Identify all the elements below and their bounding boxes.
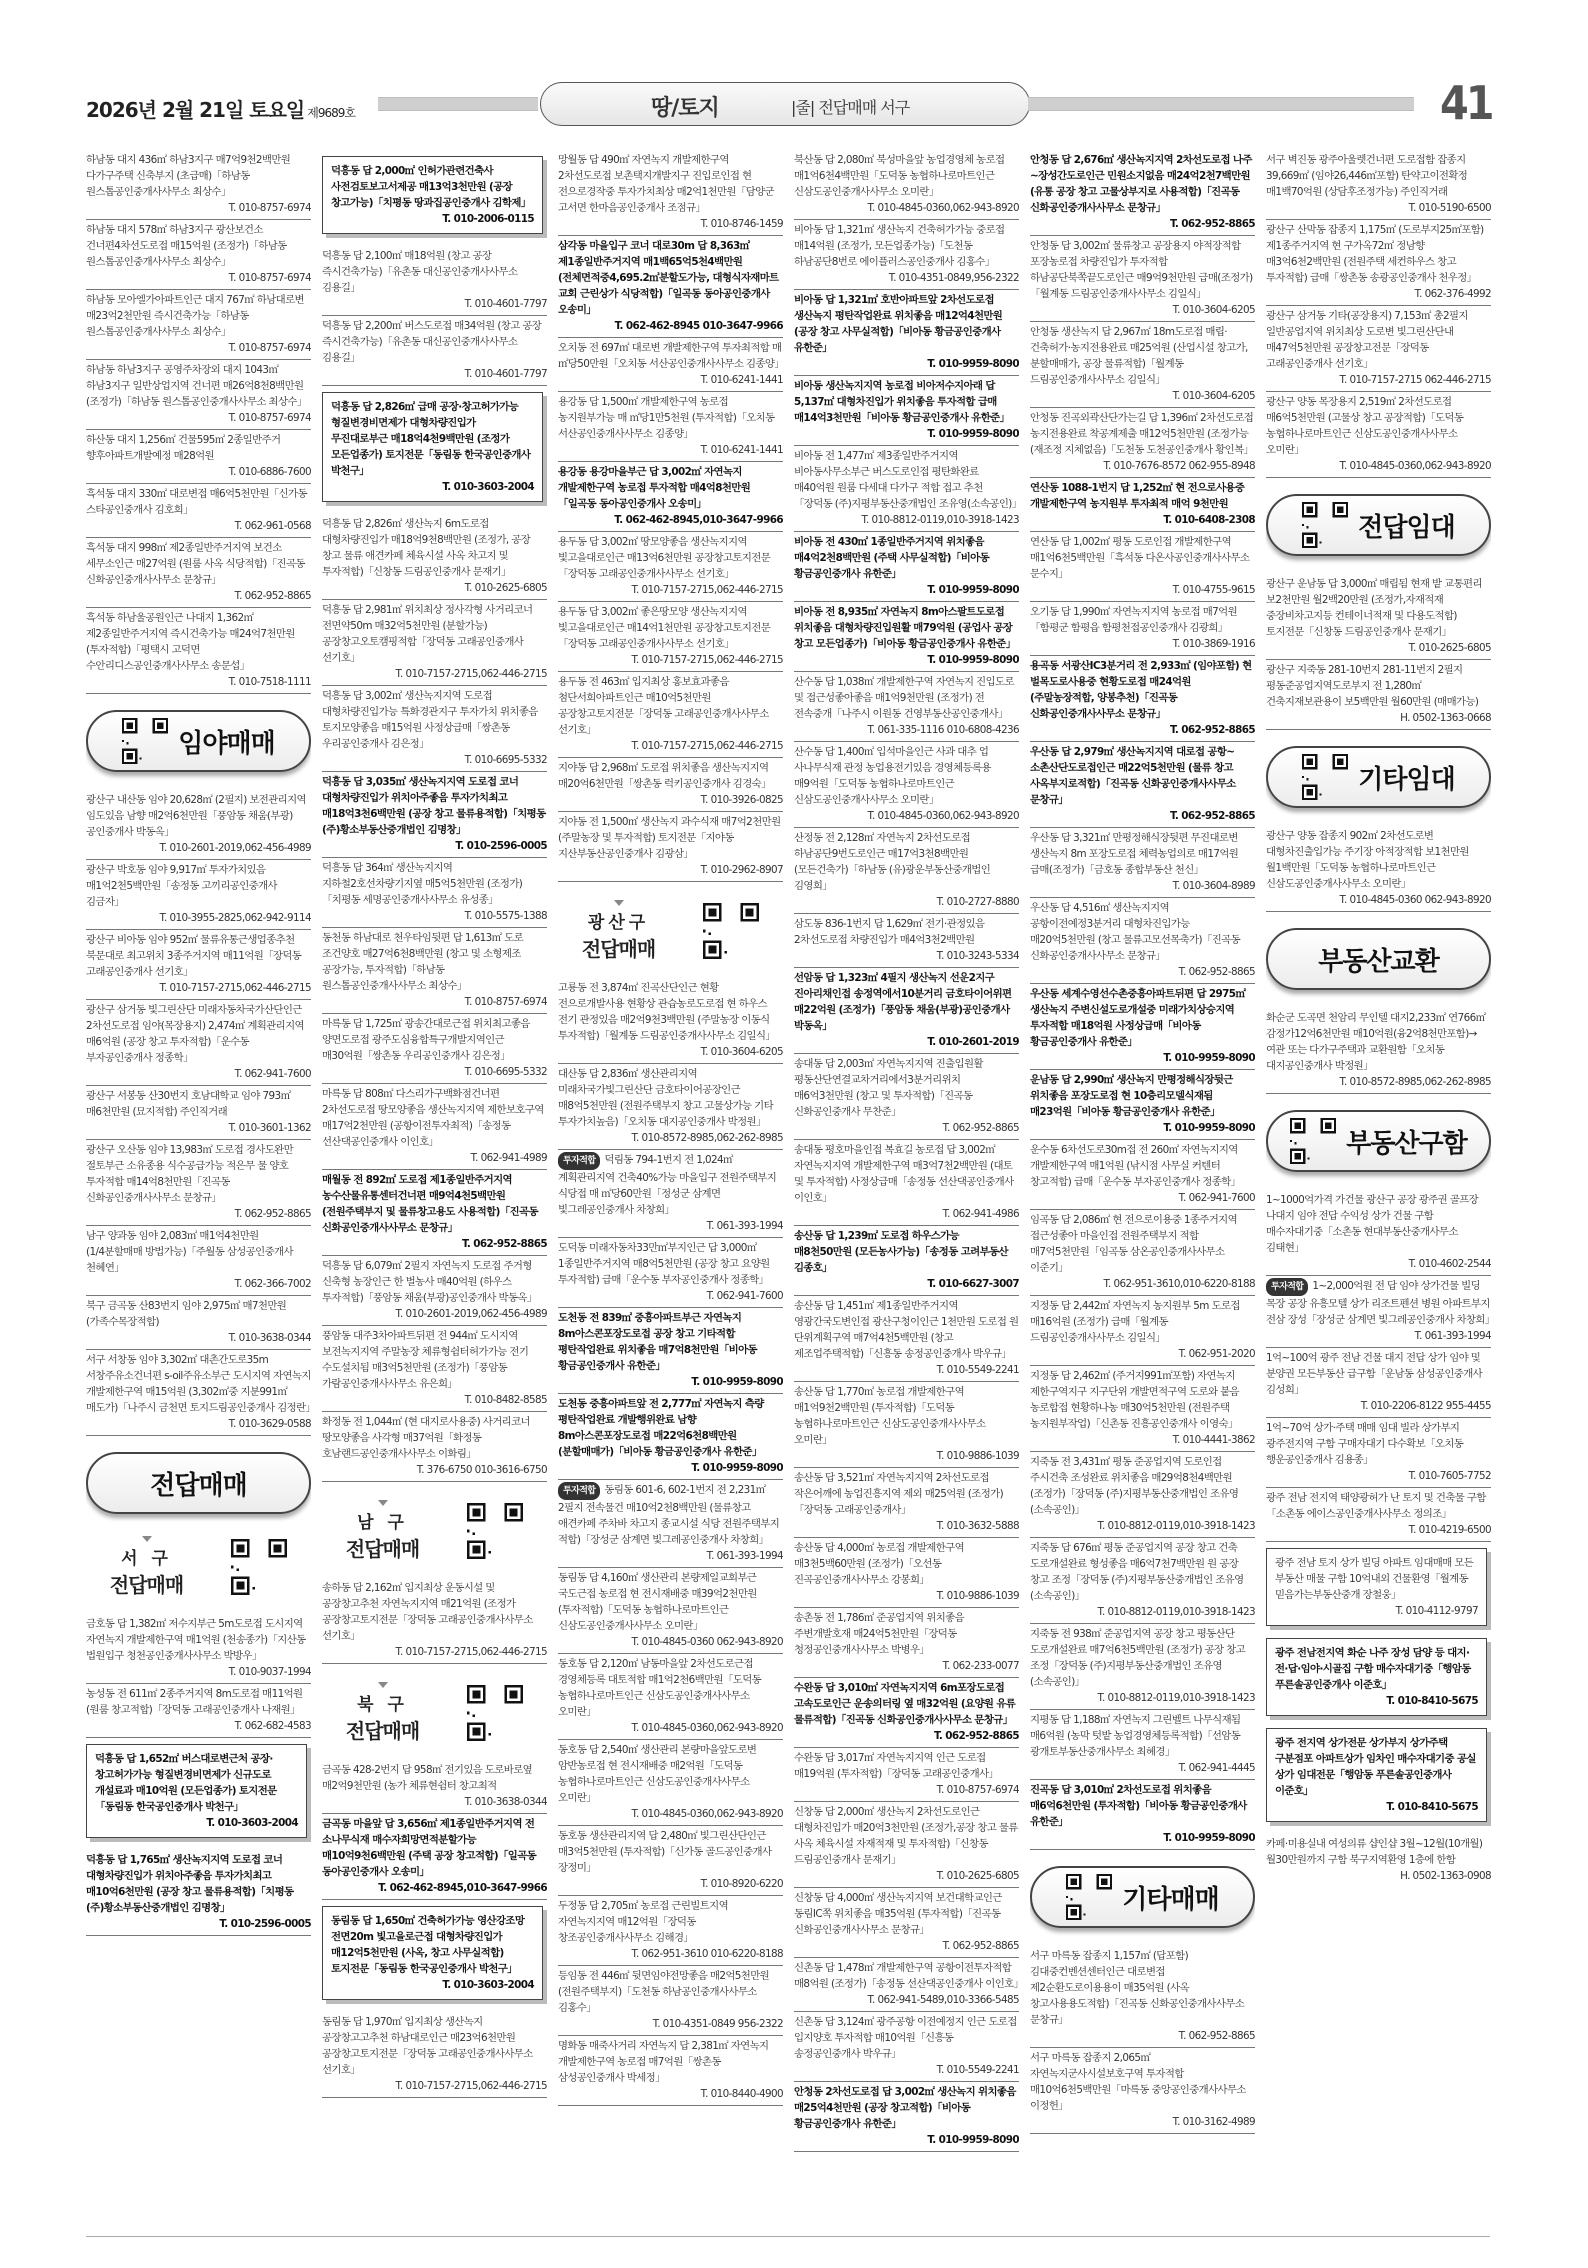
district-name: 남 구 — [346, 1508, 419, 1533]
qr-code-icon — [703, 903, 759, 959]
ad-phone: T. 010-4845-0360,062-943-8920 — [558, 1806, 783, 1822]
classified-ad: 산수동 답 1,400㎡ 입석마을인근 사과 대추 업 사나무식재 관정 농업용… — [794, 742, 1019, 828]
ad-text: 1억~100억 광주 전남 건물 대지 전답 상가 임야 및 분양권 모든부동산… — [1266, 1352, 1482, 1396]
ad-text: 용두동 전 463㎡ 입지최상 홍보효과좋음 첨단서희아파트인근 매10억5천만… — [558, 676, 769, 736]
ad-phone: T. 062-952-8865 — [1030, 964, 1255, 980]
category-label: 기타임대 — [1358, 759, 1454, 796]
classified-ad: 송산동 답 1,239㎡ 도로접 하우스가능 매8천50만원 (모든농사가능)「… — [794, 1226, 1019, 1296]
ad-phone: T. 010-9959-8090 — [794, 2132, 1019, 2148]
date-text: 2026년 2월 21일 토요일 — [86, 98, 304, 122]
ad-phone: T. 010-9959-8090 — [794, 426, 1019, 442]
ad-phone: T. 010-8757-6974 — [794, 1782, 1019, 1798]
ad-phone: T. 062-462-8945,010-3647-9966 — [322, 1880, 547, 1896]
classified-ad: 송하동 답 2,162㎡ 입지최상 운동시설 및 공장창고추천 자연녹지지역 매… — [322, 1578, 547, 1664]
ad-text: 광산구 삼거동 기타(공장용지) 7,153㎡ 총2필지 일반공업지역 위치최상… — [1266, 310, 1468, 370]
classified-ad: 동림동 답 1,650㎡ 건축허가가능 영산강조망 전면20m 빛고을로근접 대… — [322, 1906, 543, 2000]
district-category: 전답매매 — [582, 933, 655, 962]
column-2: 덕흥동 답 2,000㎡ 인허가관련건축사 사전검토보고서제공 매13억3천만원… — [322, 150, 547, 2230]
classified-ad: 비아동 답 1,321㎡ 호반아파트앞 2차선도로접 생산녹지 평탄작업완료 위… — [794, 290, 1019, 376]
ad-phone: T. 010-8757-6974 — [86, 270, 311, 286]
district-category: 전답매매 — [346, 1533, 419, 1562]
ad-text: 명화동 매죽사거리 자연녹지 답 2,381㎡ 자연녹지 개발제한구역 농로접 … — [558, 2040, 769, 2084]
ad-phone: T. 010-3604-8989 — [1030, 878, 1255, 894]
footer-rule — [86, 2236, 1490, 2237]
classified-ad: 안청동 답 3,002㎡ 물류창고 공장용지 야적장적합 포장농로접 차량진입가… — [1030, 236, 1255, 322]
category-banner: 전답임대 — [1266, 494, 1491, 556]
ad-text: 송산동 답 1,451㎡ 제1종일반주거지역 영광간국도변인접 광산구청이인근 … — [794, 1300, 1018, 1360]
ad-text: 용두동 답 3,002㎡ 땅모양좋음 생산녹지지역 빛고을대로인근 매13억6천… — [558, 536, 770, 580]
page-header: 2026년 2월 21일 토요일제9689호 땅/토지 |줄| 전답매매 서구 … — [0, 80, 1588, 130]
classified-ad: 투자적합동림동 601-6, 602-1번지 전 2,231㎡ 2필지 전속물건… — [558, 1480, 783, 1568]
ad-text: 광주 전남 토지 상가 빌딩 아파트 임대매매 모든 부동산 매물 구함 10억… — [1275, 1557, 1473, 1601]
classified-ad: 송촌동 전 1,786㎡ 준공업지역 위치좋음 주변개발호재 매24억5천만원「… — [794, 1608, 1019, 1678]
ad-text: 덕흥동 답 2,826㎡ 생산녹지 6m도로접 대형차량진입가 매18억9천8백… — [322, 518, 530, 578]
category-label: 기타매매 — [1122, 1879, 1218, 1916]
classified-ad: 흑석동 대지 998㎡ 제2종일반주거지역 보건소 세무소인근 매27억원 (원… — [86, 538, 311, 608]
section-title: 땅/토지 — [651, 91, 719, 122]
ad-phone: T. 010-8410-5675 — [1275, 1799, 1478, 1815]
classified-ad: 광산구 오산동 임야 13,983㎡ 도로접 경사도완만 절토부근 소유종용 식… — [86, 1140, 311, 1226]
classified-ad: 금곡동 428-2번지 답 958㎡ 전기있음 도로바로옆 매2억9천만원 (농… — [322, 1760, 547, 1814]
classified-ad: 서구 마륵동 잡종지 1,157㎡ (답포함) 김대중컨벤션센터인근 대로변접 … — [1030, 1946, 1255, 2048]
ad-text: 고룡동 전 3,874㎡ 진곡산단인근 현황 전으로개발사용 현황상 관습농로도… — [558, 982, 775, 1042]
ad-phone: T. 010-6695-5332 — [322, 1064, 547, 1080]
ad-phone: T. 010-8757-6974 — [322, 994, 547, 1010]
classified-ad: 송대동 답 2,003㎡ 자연녹지지역 진출입원활 평동산단연결교차거리에서3분… — [794, 1054, 1019, 1140]
ad-text: 송촌동 전 1,786㎡ 준공업지역 위치좋음 주변개발호재 매24억5천만원「… — [794, 1612, 964, 1656]
classified-ad: 덕흥동 답 2,981㎡ 위치최상 정사각형 사거리코너 전면약50m 매32억… — [322, 600, 547, 686]
ad-text: 비아동 전 8,935㎡ 자연녹지 8m아스팔트도로접 위치좋음 대형차량진입원… — [794, 606, 1016, 650]
ad-phone: T. 010-2625-6805 — [1266, 640, 1491, 656]
classified-ad: 덕흥동 답 2,826㎡ 생산녹지 6m도로접 대형차량진입가 매18억9천8백… — [322, 514, 547, 600]
classified-ad: 서구 벽진동 광주아울렛건너편 도로접함 잡종지 39,669㎡ (임야26,4… — [1266, 150, 1491, 220]
ad-text: 마륵동 답 1,725㎡ 광송간대로근접 위치최고좋음 양면도로접 광주도심융합… — [322, 1018, 530, 1062]
classified-ad: 지평동 답 1,188㎡ 자연녹지 그린벨트 나무식재됨 매6억원 (농막 텃밭… — [1030, 1710, 1255, 1780]
ad-text: 금호동 답 1,382㎡ 저수지부근 5m도로접 도시지역 자연녹지 개발제한구… — [86, 1618, 306, 1662]
classified-ad: 송산동 답 3,521㎡ 자연녹지지역 2차선도로접 작은어깨에 농업진흥지역 … — [794, 1468, 1019, 1538]
ad-text: 동천동 하남대로 천우타임뒷편 답 1,613㎡ 도로 조건양호 매27억6천8… — [322, 932, 523, 992]
classified-ad: 덕흥동 답 3,002㎡ 생산녹지지역 도로접 대형차량진입가능 특화경관지구 … — [322, 686, 547, 772]
ad-phone: T. 010-3162-4989 — [1030, 2114, 1255, 2130]
ad-text: 산정동 전 2,128㎡ 자연녹지 2차선도로접 하남공단9번도로인근 매17억… — [794, 832, 990, 892]
ad-phone: T. 010-9959-8090 — [794, 652, 1019, 668]
ad-phone: T. 062-941-4986 — [794, 1206, 1019, 1222]
triangle-down-icon — [614, 900, 624, 906]
ad-text: 도덕동 미래자동차33만㎡부지인근 답 3,000㎡ 1종일반주거지역 매8억5… — [558, 1242, 770, 1286]
ad-phone: T. 010-6695-5332 — [322, 752, 547, 768]
classified-ad: 비아동 답 1,321㎡ 생산녹지 건축허가가능 중로접 매14억원 (조정가,… — [794, 220, 1019, 290]
ad-text: 광산구 내산동 임야 20,628㎡ (2필지) 보전관리지역 임도있음 남향 … — [86, 794, 306, 838]
classified-ad: 광산구 지죽동 281-10번지 281-11번지 2필지 평동준공업지역도로부… — [1266, 660, 1491, 730]
ad-text: 광산구 비아동 임야 952㎡ 물류유통근생업종추천 북문대로 최고위치 3종주… — [86, 934, 301, 978]
classified-ad: 송대동 평호마을인접 복효길 농로접 답 3,002㎡ 자연녹지지역 개발제한구… — [794, 1140, 1019, 1226]
ad-text: 지평동 답 1,188㎡ 자연녹지 그린벨트 나무식재됨 매6억원 (농막 텃밭… — [1030, 1714, 1241, 1758]
classified-ad: 덕흥동 답 1,765㎡ 생산녹지지역 도로접 코너 대형차량진입가 위치아주좋… — [86, 1850, 311, 1936]
category-label: 부동산교환 — [1318, 941, 1439, 978]
ad-text: 안청동 2차선도로접 답 3,002㎡ 생산녹지 위치좋음 매25억4천만원 (… — [794, 2086, 1016, 2130]
classified-ad: 명화동 매죽사거리 자연녹지 답 2,381㎡ 자연녹지 개발제한구역 농로접 … — [558, 2036, 783, 2106]
district-name: 북 구 — [346, 1690, 419, 1715]
classified-ad: 삼각동 마을입구 코너 대로30m 답 8,363㎡ 제1종일반주거지역 매1백… — [558, 236, 783, 338]
ad-text: 북산동 답 2,080㎡ 북성마을앞 농업경영체 농로접 매1억6천4백만원「도… — [794, 154, 1005, 198]
classified-ad: 연산동 답 1,002㎡ 평동 도로인접 개발제한구역 매1억6천5백만원「흑석… — [1030, 532, 1255, 602]
ad-phone: H. 0502-1363-0908 — [1266, 1868, 1491, 1884]
district-title: 남 구전답매매 — [346, 1500, 419, 1562]
district-heading: 북 구전답매매 — [322, 1678, 547, 1748]
ad-text: 용강동 답 1,500㎡ 개발제한구역 농로접 농지원부가능 매 ㎡당1만5천원… — [558, 396, 775, 440]
ad-phone: T. 010-9959-8090 — [558, 1460, 783, 1476]
ad-phone: T. 061-335-1116 010-6808-4236 — [794, 722, 1019, 738]
ad-phone: T. 010-2006-0115 — [331, 211, 534, 227]
ad-text: 송대동 평호마을인접 복효길 농로접 답 3,002㎡ 자연녹지지역 개발제한구… — [794, 1144, 1014, 1204]
classified-ad: 오기동 답 1,990㎡ 자연녹지지역 농로접 매7억원「함평군 함평읍 함평천… — [1030, 602, 1255, 656]
classified-ad: 등임동 전 446㎡ 뒷면임야전망좋음 매2억5천만원 (전원주택부지)「도천동… — [558, 1966, 783, 2036]
ad-text: 지죽동 전 3,431㎡ 평동 준공업지역 도로인접 주시건축 조성완료 위치좋… — [1030, 1456, 1238, 1516]
classified-ad: 망월동 답 490㎡ 자연녹지 개발제한구역 2차선도로접 보촌택지개발지구 진… — [558, 150, 783, 236]
classified-ad: 투자적합1~2,000억원 전 답 임야 상가건물 빌딩 목장 공장 유흥모텔 … — [1266, 1276, 1491, 1348]
category-label: 전답임대 — [1358, 507, 1454, 544]
classified-ad: 도천동 전 839㎡ 중흥아파트부근 자연녹지 8m아스콘포장도로접 공장 창고… — [558, 1308, 783, 1394]
classified-ad: 광산구 비아동 임야 952㎡ 물류유통근생업종추천 북문대로 최고위치 3종주… — [86, 930, 311, 1000]
ad-text: 안청동 답 2,676㎡ 생산녹지지역 2차선도로접 나주~장성간도로인근 민원… — [1030, 154, 1252, 214]
ad-phone: T. 010-4845-0360,062-943-8920 — [794, 808, 1019, 824]
classified-ad: 서구 서창동 임야 3,302㎡ 대촌간도로35m 서창주유소건너편 s-oil… — [86, 1350, 311, 1436]
classified-ad: 광산구 운남동 답 3,000㎡ 매립됨 현재 밭 교통편리 보2천만원 월2백… — [1266, 574, 1491, 660]
ad-phone: T. 062-952-8865 — [1030, 2028, 1255, 2044]
ad-phone: T. 010-4351-0849 956-2322 — [558, 2016, 783, 2032]
classified-ad: 덕흥동 답 6,079㎡ 2필지 자연녹지 도로접 주거형 신축형 농장인근 한… — [322, 1256, 547, 1326]
classified-ad: 지정동 답 2,462㎡ (주거지991㎡포함) 자연녹지 제한구역지구 지구단… — [1030, 1366, 1255, 1452]
ad-phone: T. 010-8757-6974 — [86, 200, 311, 216]
ad-phone: T. 062-366-7002 — [86, 1276, 311, 1292]
ad-phone: T. 010-3603-2004 — [95, 1815, 298, 1831]
ad-text: 마륵동 답 808㎡ 다스리가구백화점건너편 2차선도로접 땅모양좋음 생산녹지… — [322, 1088, 544, 1148]
ad-text: 비아동 전 430㎡ 1종일반주거지역 위치좋음 매4억2천8백만원 (주택 사… — [794, 536, 989, 580]
ad-phone: T. 062-952-8865 — [86, 588, 311, 604]
classified-ad: 대산동 답 2,836㎡ 생산관리지역 미래차국가빛그린산단 금호타이어공장인근… — [558, 1064, 783, 1150]
ad-text: 두정동 답 2,705㎡ 농로접 근린빌트지역 자연녹지지역 매12억원「장덕동… — [558, 1900, 728, 1944]
ad-phone: T. 010-9886-1039 — [794, 1588, 1019, 1604]
ad-text: 비아동 답 1,321㎡ 생산녹지 건축허가가능 중로접 매14억원 (조정가,… — [794, 224, 1005, 268]
classified-ad: 우산동 답 3,321㎡ 만평정해식장뒷편 무진대로변 생산녹지 8m 포장도로… — [1030, 828, 1255, 898]
classified-ad: 광주 전지역 상가전문 상가부지 상가주택 구분점포 아파트상가 임차인 매수자… — [1266, 1728, 1487, 1822]
classified-ad: 1억~100억 광주 전남 건물 대지 전답 상가 임야 및 분양권 모든부동산… — [1266, 1348, 1491, 1418]
ad-text: 하남동 대지 578㎡ 하남3지구 광산보건소 건너편4차선도로접 매15억원 … — [86, 224, 287, 268]
investment-badge: 투자적합 — [1266, 1278, 1308, 1296]
ad-phone: T. 010-2625-6805 — [322, 580, 547, 596]
ad-phone: T. 010-9959-8090 — [1030, 1830, 1255, 1846]
category-banner: 기타매매 — [1030, 1866, 1255, 1928]
ad-phone: T. 062-941-7600 — [1030, 1190, 1255, 1206]
classified-ad: 연산동 1088-1번지 답 1,252㎡ 현 전으로사용중 개발제한구역 농지… — [1030, 478, 1255, 532]
ad-text: 송산동 답 1,239㎡ 도로접 하우스가능 매8천50만원 (모든농사가능)「… — [794, 1230, 1008, 1274]
ad-phone: T. 010-7157-2715,062-446-2715 — [558, 652, 783, 668]
ad-text: 동호동 답 2,120㎡ 남동마을앞 2차선도로근접 경영체등록 대토적합 매1… — [558, 1658, 761, 1718]
ad-text: 화순군 도곡면 천암리 무인텔 대지2,233㎡ 연766㎡ 감정가12억6천만… — [1266, 1012, 1485, 1072]
ad-phone: T. 010-4602-2544 — [1266, 1256, 1491, 1272]
ad-text: 남구 양과동 임야 2,083㎡ 매1억4천만원 (1/4분할매매 방법가능)「… — [86, 1230, 293, 1274]
district-title: 광산구전답매매 — [582, 900, 655, 962]
classified-ad: 송산동 답 4,000㎡ 농로접 개발제한구역 매3천5백60만원 (조정가)「… — [794, 1538, 1019, 1608]
classified-ad: 용곡동 서광산IC3분거리 전 2,933㎡ (임야포함) 현 벌목도로사용중 … — [1030, 656, 1255, 742]
ad-phone: T. 010-2601-2019,062-456-4989 — [322, 1306, 547, 1322]
ad-text: 진곡동 답 3,010㎡ 2차선도로접 위치좋음 매6억6천만원 (투자적합)「… — [1030, 1784, 1247, 1828]
ad-phone: T. 062-462-8945 010-3647-9966 — [558, 318, 783, 334]
classified-ad: 광주 전남 전지역 태양광허가 난 토지 및 건축물 구함「소촌동 에이스공인중… — [1266, 1488, 1491, 1542]
classified-ad: 진곡동 답 3,010㎡ 2차선도로접 위치좋음 매6억6천만원 (투자적합)「… — [1030, 1780, 1255, 1850]
ad-phone: T. 062-941-7600 — [86, 1066, 311, 1082]
ad-text: 임곡동 답 2,086㎡ 현 전으로이용중 1종주거지역 접근성좋아 마을인접 … — [1030, 1214, 1237, 1274]
district-heading: 광산구전답매매 — [558, 896, 783, 966]
ad-text: 광주 전남전지역 화순 나주 장성 담양 등 대지·전·답·임야·시골집 구함 … — [1275, 1647, 1471, 1691]
ad-text: 북구 금곡동 산83번지 임야 2,975㎡ 매7천만원 (가족수목장적합) — [86, 1300, 286, 1328]
ad-phone: T. 010-3243-5334 — [794, 948, 1019, 964]
ad-phone: T. 010-4845-0360,062-943-8920 — [1266, 458, 1491, 474]
category-label: 임야매매 — [178, 723, 274, 760]
classified-ad: 지정동 답 2,442㎡ 자연녹지 농지원부 5m 도로접 매16억원 (조정가… — [1030, 1296, 1255, 1366]
ad-text: 금곡동 마을앞 답 3,656㎡ 제1종일반주거지역 전 소나무식재 매수자희망… — [322, 1818, 536, 1878]
ad-phone: T. 010-8812-0119,010-3918-1423 — [1030, 1518, 1255, 1534]
ad-text: 광산구 산막동 잡종지 1,175㎡ (도로부지25㎡포함) 제1종주거지역 현… — [1266, 224, 1484, 284]
ad-phone: T. 062-961-0568 — [86, 518, 311, 534]
qr-code-icon — [467, 1503, 523, 1559]
ad-phone: T. 010-4845-0360 062-943-8920 — [1266, 892, 1491, 908]
ad-text: 광산구 서봉동 산30번지 호남대학교 임야 793㎡ 매6천만원 (묘지적합)… — [86, 1090, 290, 1118]
ad-text: 지죽동 답 676㎡ 평동 준공업지역 공장 창고 건축 도로개설완료 형성좋음… — [1030, 1542, 1244, 1602]
classified-ad: 광산구 양동 목장용지 2,519㎡ 2차선도로접 매6억5천만원 (고물상 창… — [1266, 392, 1491, 478]
ad-text: 동림동 답 1,970㎡ 입지최상 생산녹지 공장창고고추천 하남대로인근 매2… — [322, 2016, 533, 2076]
ad-phone: T. 062-941-4445 — [1030, 1760, 1255, 1776]
column-3: 망월동 답 490㎡ 자연녹지 개발제한구역 2차선도로접 보촌택지개발지구 진… — [558, 150, 783, 2230]
classified-ad: 1~1000억가격 가건물 광산구 공장 광주권 골프장 나대지 임야 전답 수… — [1266, 1190, 1491, 1276]
classified-ad: 신촌동 답 3,124㎡ 광주공항 이전예정지 인근 도로접 입지양호 투자적합… — [794, 2012, 1019, 2082]
classified-ad: 선암동 답 1,323㎡ 4필지 생산녹지 선운2지구 진아리채인접 송정역에서… — [794, 968, 1019, 1054]
ad-text: 1~1000억가격 가건물 광산구 공장 광주권 골프장 나대지 임야 전답 수… — [1266, 1194, 1478, 1254]
ad-phone: T. 062-952-8865 — [1030, 808, 1255, 824]
ad-phone: T. 010-7157-2715,062-446-2715 — [322, 1644, 547, 1660]
ad-text: 지야동 답 2,968㎡ 도로접 위치좋음 생산녹지지역 매20억6천만원「쌍촌… — [558, 762, 771, 790]
ad-text: 수완동 답 3,010㎡ 자연녹지지역 6m포장도로접 고속도로인근 운송의터링… — [794, 1682, 1015, 1726]
ad-phone: T. 010-8812-0119,010-3918-1423 — [1030, 1690, 1255, 1706]
ad-phone: T. 376-6750 010-3616-6750 — [322, 1462, 547, 1478]
ad-phone: T. 010-6241-1441 — [558, 442, 783, 458]
qr-code-icon — [467, 1685, 523, 1741]
qr-code-icon — [1290, 1118, 1336, 1164]
ad-text: 지죽동 전 938㎡ 준공업지역 공장 창고 평동산단 도로개설완료 매7억6천… — [1030, 1628, 1245, 1688]
qr-code-icon — [1302, 502, 1348, 548]
classified-ad: 광주 전남 토지 상가 빌딩 아파트 임대매매 모든 부동산 매물 구함 10억… — [1266, 1548, 1487, 1626]
ad-text: 서구 벽진동 광주아울렛건너편 도로접함 잡종지 39,669㎡ (임야26,4… — [1266, 154, 1467, 198]
ad-phone: T. 010-2206-8122 955-4455 — [1266, 1398, 1491, 1414]
ad-phone: T. 010-8572-8985,062-262-8985 — [558, 1130, 783, 1146]
ad-text: 광산구 양동 목장용지 2,519㎡ 2차선도로접 매6억5천만원 (고물상 창… — [1266, 396, 1463, 456]
classified-ad: 하남동 하남3지구 공영주차장외 대지 1043㎡ 하남3지구 일반상업지역 건… — [86, 360, 311, 430]
ad-text: 수완동 답 3,017㎡ 자연녹지지역 인근 도로접 매19억원 (투자적합)「… — [794, 1752, 998, 1780]
classified-ad: 임곡동 답 2,086㎡ 현 전으로이용중 1종주거지역 접근성좋아 마을인접 … — [1030, 1210, 1255, 1296]
ad-text: 덕흥동 답 2,200㎡ 버스도로접 매34억원 (창고 공장 즉시건축가능)「… — [322, 320, 541, 364]
classified-ad: 남구 양과동 임야 2,083㎡ 매1억4천만원 (1/4분할매매 방법가능)「… — [86, 1226, 311, 1296]
header-rule-left — [378, 97, 538, 111]
ad-text: 지야동 전 1,500㎡ 생산녹지 과수식재 매7억2천만원 (주말농장 및 투… — [558, 816, 781, 860]
ad-phone: T. 010-6627-3007 — [794, 1276, 1019, 1292]
ad-text: 동림동 답 1,650㎡ 건축허가가능 영산강조망 전면20m 빛고을로근접 대… — [331, 1915, 524, 1975]
classified-ad: 풍암동 대주3차아파트뒤편 전 944㎡ 도시지역 보전녹지지역 주말농장 체류… — [322, 1326, 547, 1412]
qr-code-icon — [1302, 754, 1348, 800]
ad-text: 송산동 답 4,000㎡ 농로접 개발제한구역 매3천5백60만원 (조정가)「… — [794, 1542, 964, 1586]
ad-phone: T. 010-7157-2715,062-446-2715 — [322, 666, 547, 682]
classified-ad: 지죽동 전 3,431㎡ 평동 준공업지역 도로인접 주시건축 조성완료 위치좋… — [1030, 1452, 1255, 1538]
ad-phone: T. 010-4845-0360,062-943-8920 — [794, 200, 1019, 216]
classified-ad: 송산동 답 1,770㎡ 농로접 개발제한구역 매1억9천2백만원 (투자적합)… — [794, 1382, 1019, 1468]
classified-ad: 북구 금곡동 산83번지 임야 2,975㎡ 매7천만원 (가족수목장적합)T.… — [86, 1296, 311, 1350]
classified-ad: 수완동 답 3,017㎡ 자연녹지지역 인근 도로접 매19억원 (투자적합)「… — [794, 1748, 1019, 1802]
ad-text: 대산동 답 2,836㎡ 생산관리지역 미래차국가빛그린산단 금호타이어공장인근… — [558, 1068, 773, 1128]
classified-ad: 광산구 서봉동 산30번지 호남대학교 임야 793㎡ 매6천만원 (묘지적합)… — [86, 1086, 311, 1140]
ad-text: 신창동 답 2,000㎡ 생산녹지 2차선도로인근 대형차진입가 매20억3천만… — [794, 1806, 1018, 1866]
ad-text: 덕흥동 답 3,002㎡ 생산녹지지역 도로접 대형차량진입가능 특화경관지구 … — [322, 690, 538, 750]
ad-text: 서구 마륵동 잡종지 2,065㎡ 자연녹지군사시설보호구역 투자적합 매10억… — [1030, 2052, 1246, 2112]
ad-phone: T. 062-952-8865 — [1030, 722, 1255, 738]
classified-ad: 하남동 대지 436㎡ 하남3지구 매7억9천2백만원 다가구주택 신축부지 (… — [86, 150, 311, 220]
ad-phone: T. 010-3638-0344 — [322, 1794, 547, 1810]
ad-phone: T. 062-682-4583 — [86, 1718, 311, 1734]
ad-phone: T. 010-3955-2825,062-942-9114 — [86, 910, 311, 926]
ad-text: 덕흥동 답 2,981㎡ 위치최상 정사각형 사거리코너 전면약50m 매32억… — [322, 604, 533, 664]
classified-ad: 광주 전남전지역 화순 나주 장성 담양 등 대지·전·답·임야·시골집 구함 … — [1266, 1638, 1487, 1716]
classified-ad: 1억~70억 상가·주택 매매 임대 빌라 상가부지 광주전지역 구함 구매자대… — [1266, 1418, 1491, 1488]
classified-ad: 운남동 답 2,990㎡ 생산녹지 만평정해식장뒷근 위치좋음 포장도로접 현 … — [1030, 1070, 1255, 1140]
ad-phone: T. 062-941-7600 — [558, 1288, 783, 1304]
ad-text: 신창동 답 4,000㎡ 생산녹지지역 보건대학교인근 동림IC쪽 위치좋음 매… — [794, 1892, 1002, 1936]
classified-ad: 우산동 답 2,979㎡ 생산녹지지역 대로접 공항~소촌산단도로접인근 매22… — [1030, 742, 1255, 828]
ad-text: 송대동 답 2,003㎡ 자연녹지지역 진출입원활 평동산단연결교차거리에서3분… — [794, 1058, 983, 1118]
classified-ad: 고룡동 전 3,874㎡ 진곡산단인근 현황 전으로개발사용 현황상 관습농로도… — [558, 978, 783, 1064]
classified-ad: 마륵동 답 808㎡ 다스리가구백화점건너편 2차선도로접 땅모양좋음 생산녹지… — [322, 1084, 547, 1170]
ad-phone: T. 010-7157-2715,062-446-2715 — [558, 582, 783, 598]
classified-ad: 신창동 답 4,000㎡ 생산녹지지역 보건대학교인근 동림IC쪽 위치좋음 매… — [794, 1888, 1019, 1958]
ad-text: 신촌동 답 3,124㎡ 광주공항 이전예정지 인근 도로접 입지양호 투자적합… — [794, 2016, 1017, 2060]
district-name: 서 구 — [110, 1544, 183, 1569]
ad-text: 우산동 답 3,321㎡ 만평정해식장뒷편 무진대로변 생산녹지 8m 포장도로… — [1030, 832, 1238, 876]
ad-phone: T. 010-3632-5888 — [794, 1518, 1019, 1534]
ad-text: 송산동 답 1,770㎡ 농로접 개발제한구역 매1억9천2백만원 (투자적합)… — [794, 1386, 985, 1446]
ad-phone: T. 010-4219-6500 — [1266, 1522, 1491, 1538]
classified-ad: 동천동 하남대로 천우타임뒷편 답 1,613㎡ 도로 조건양호 매27억6천8… — [322, 928, 547, 1014]
classified-ad: 동호동 답 2,120㎡ 남동마을앞 2차선도로근접 경영체등록 대토적합 매1… — [558, 1654, 783, 1740]
ad-phone: T. 010-8410-5675 — [1275, 1693, 1478, 1709]
classified-ad: 비아동 전 430㎡ 1종일반주거지역 위치좋음 매4억2천8백만원 (주택 사… — [794, 532, 1019, 602]
category-banner: 기타임대 — [1266, 746, 1491, 808]
ad-text: 하남동 하남3지구 공영주차장외 대지 1043㎡ 하남3지구 일반상업지역 건… — [86, 364, 307, 408]
classified-ad: 용두동 답 3,002㎡ 좋은땅모양 생산녹지지역 빛고을대로인근 매14억1천… — [558, 602, 783, 672]
ad-text: 송산동 답 3,521㎡ 자연녹지지역 2차선도로접 작은어깨에 농업진흥지역 … — [794, 1472, 1003, 1516]
ad-phone: T. 010-4845-0360,062-943-8920 — [558, 1720, 783, 1736]
column-6: 서구 벽진동 광주아울렛건너편 도로접함 잡종지 39,669㎡ (임야26,4… — [1266, 150, 1491, 2230]
qr-code-icon — [231, 1539, 287, 1595]
ad-text: 동호동 답 2,540㎡ 생산관리 본량마을앞도로변 암반농로접 현 전시재배중… — [558, 1744, 756, 1804]
ad-text: 덕흥동 답 364㎡ 생산녹지지역 지하철2호선차량기지옆 매5억5천만원 (조… — [322, 862, 522, 906]
district-category: 전답매매 — [346, 1715, 419, 1744]
ad-phone: T. 010-2601-2019 — [794, 1034, 1019, 1050]
ad-text: 안청동 생산녹지 답 2,967㎡ 18m도로접 매립·건축허가·농지전용완료 … — [1030, 326, 1248, 386]
ad-phone: T. 010-7157-2715 062-446-2715 — [1266, 372, 1491, 388]
ad-phone: T. 062-462-8945,010-3647-9966 — [558, 512, 783, 528]
ad-phone: T. 010-3603-2004 — [331, 479, 534, 495]
category-banner: 부동산구함 — [1266, 1110, 1491, 1172]
ad-phone: T. 010-8746-1459 — [558, 216, 783, 232]
classified-ad: 광산구 산막동 잡종지 1,175㎡ (도로부지25㎡포함) 제1종주거지역 현… — [1266, 220, 1491, 306]
ad-phone: T. 010-9959-8090 — [794, 356, 1019, 372]
ad-phone: T. 010-9037-1994 — [86, 1664, 311, 1680]
ad-phone: T. 062-233-0077 — [794, 1658, 1019, 1674]
classified-ad: 덕흥동 답 1,652㎡ 버스대로변근처 공장·창고허가가능 형질변경비면제가 … — [86, 1744, 307, 1838]
district-heading: 남 구전답매매 — [322, 1496, 547, 1566]
ad-text: 하남동 대지 436㎡ 하남3지구 매7억9천2백만원 다가구주택 신축부지 (… — [86, 154, 290, 198]
ad-phone: T. 010-3638-0344 — [86, 1330, 311, 1346]
classified-ad: 안청동 생산녹지 답 2,967㎡ 18m도로접 매립·건축허가·농지전용완료 … — [1030, 322, 1255, 408]
section-subtitle: |줄| 전답매매 서구 — [791, 95, 909, 118]
ad-phone: T. 010-2727-8880 — [794, 894, 1019, 910]
ad-phone: T. 010-2596-0005 — [86, 1916, 311, 1932]
ad-text: 비아동 생산녹지지역 농로접 비아저수지아래 답 5,137㎡ 대형차진입가 위… — [794, 380, 1009, 424]
ad-text: 오기동 답 1,990㎡ 자연녹지지역 농로접 매7억원「함평군 함평읍 함평천… — [1030, 606, 1237, 634]
ad-phone: T. 010-4845-0360 062-943-8920 — [558, 1634, 783, 1650]
ad-text: 선암동 답 1,323㎡ 4필지 생산녹지 선운2지구 진아리채인접 송정역에서… — [794, 972, 1011, 1032]
classified-ad: 용두동 전 463㎡ 입지최상 홍보효과좋음 첨단서희아파트인근 매10억5천만… — [558, 672, 783, 758]
ad-phone: T. 010-8757-6974 — [86, 340, 311, 356]
classified-ad: 두정동 답 2,705㎡ 농로접 근린빌트지역 자연녹지지역 매12억원「장덕동… — [558, 1896, 783, 1966]
ad-text: 지정동 답 2,442㎡ 자연녹지 농지원부 5m 도로접 매16억원 (조정가… — [1030, 1300, 1240, 1344]
ad-phone: T. 010-2625-6805 — [794, 1868, 1019, 1884]
header-rule-right — [1028, 97, 1414, 111]
ad-phone: T. 062-951-3610,010-6220-8188 — [1030, 1276, 1255, 1292]
ad-phone: T. 062-952-8865 — [794, 1938, 1019, 1954]
category-banner: 임야매매 — [86, 710, 311, 772]
classified-ad: 산수동 답 1,038㎡ 개발제한구역 자연녹지 진입도로 및 접근성좋아좋음 … — [794, 672, 1019, 742]
classified-ad: 용강동 용강마을부근 답 3,002㎡ 자연녹지 개발제한구역 농로접 투자적합… — [558, 462, 783, 532]
classified-ad: 광산구 삼거동 기타(공장용지) 7,153㎡ 총2필지 일반공업지역 위치최상… — [1266, 306, 1491, 392]
ad-phone: T. 010-9959-8090 — [1030, 1120, 1255, 1136]
classified-ad: 광산구 내산동 임야 20,628㎡ (2필지) 보전관리지역 임도있음 남향 … — [86, 790, 311, 860]
ad-text: 동림동 답 4,160㎡ 생산관리 본량제일교회부근 국도근접 농로접 현 전시… — [558, 1572, 757, 1632]
classified-ad: 덕흥동 답 364㎡ 생산녹지지역 지하철2호선차량기지옆 매5억5천만원 (조… — [322, 858, 547, 928]
classified-ad: 안청동 답 2,676㎡ 생산녹지지역 2차선도로접 나주~장성간도로인근 민원… — [1030, 150, 1255, 236]
ad-phone: T. 010-4601-7797 — [322, 366, 547, 382]
ad-phone: T. 010-3604-6205 — [1030, 302, 1255, 318]
ad-phone: T. 010-8482-8585 — [322, 1392, 547, 1408]
ad-phone: T. 010-4755-9615 — [1030, 582, 1255, 598]
ad-phone: T. 062-952-8865 — [1030, 216, 1255, 232]
classified-ad: 마륵동 답 1,725㎡ 광송간대로근접 위치최고좋음 양면도로접 광주도심융합… — [322, 1014, 547, 1084]
ad-text: 농성동 전 611㎡ 2종주거지역 8m도로접 매11억원 (원룸 창고적합)「… — [86, 1688, 302, 1716]
classified-ad: 운수동 6차선도로30m접 전 260㎡ 자연녹지지역 개발제한구역 매1억원 … — [1030, 1140, 1255, 1210]
district-title: 서 구전답매매 — [110, 1536, 183, 1598]
district-category: 전답매매 — [110, 1569, 183, 1598]
ad-phone: T. 010-2601-2019,062-456-4989 — [86, 840, 311, 856]
ad-phone: T. 010-7157-2715,062-446-2715 — [322, 2078, 547, 2094]
classified-ad: 비아동 전 1,477㎡ 제3종일반주거지역 비아동사무소부근 버스도로인접 평… — [794, 446, 1019, 532]
ad-text: 산수동 답 1,400㎡ 입석마을인근 사과 대추 업 사나무식재 관정 농업용… — [794, 746, 991, 806]
classified-ad: 덕흥동 답 2,100㎡ 매18억원 (창고 공장 즉시건축가능)「유촌동 대신… — [322, 246, 547, 316]
ad-phone: T. 010-7605-7752 — [1266, 1468, 1491, 1484]
classified-ad: 동호동 답 2,540㎡ 생산관리 본량마을앞도로변 암반농로접 현 전시재배중… — [558, 1740, 783, 1826]
ad-phone: T. 010-6241-1441 — [558, 372, 783, 388]
ad-phone: T. 010-3603-2004 — [331, 1977, 534, 1993]
ad-text: 삼각동 마을입구 코너 대로30m 답 8,363㎡ 제1종일반주거지역 매1백… — [558, 240, 779, 316]
ad-text: 화정동 전 1,044㎡ (현 대지로사용중) 사거리코너 땅모양좋음 사각형 … — [322, 1416, 530, 1460]
ad-phone: T. 010-4601-7797 — [322, 296, 547, 312]
ad-text: 도천동 중흥아파트앞 전 2,777㎡ 자연녹지 측량 평탄작업완료 개발행위완… — [558, 1398, 764, 1458]
